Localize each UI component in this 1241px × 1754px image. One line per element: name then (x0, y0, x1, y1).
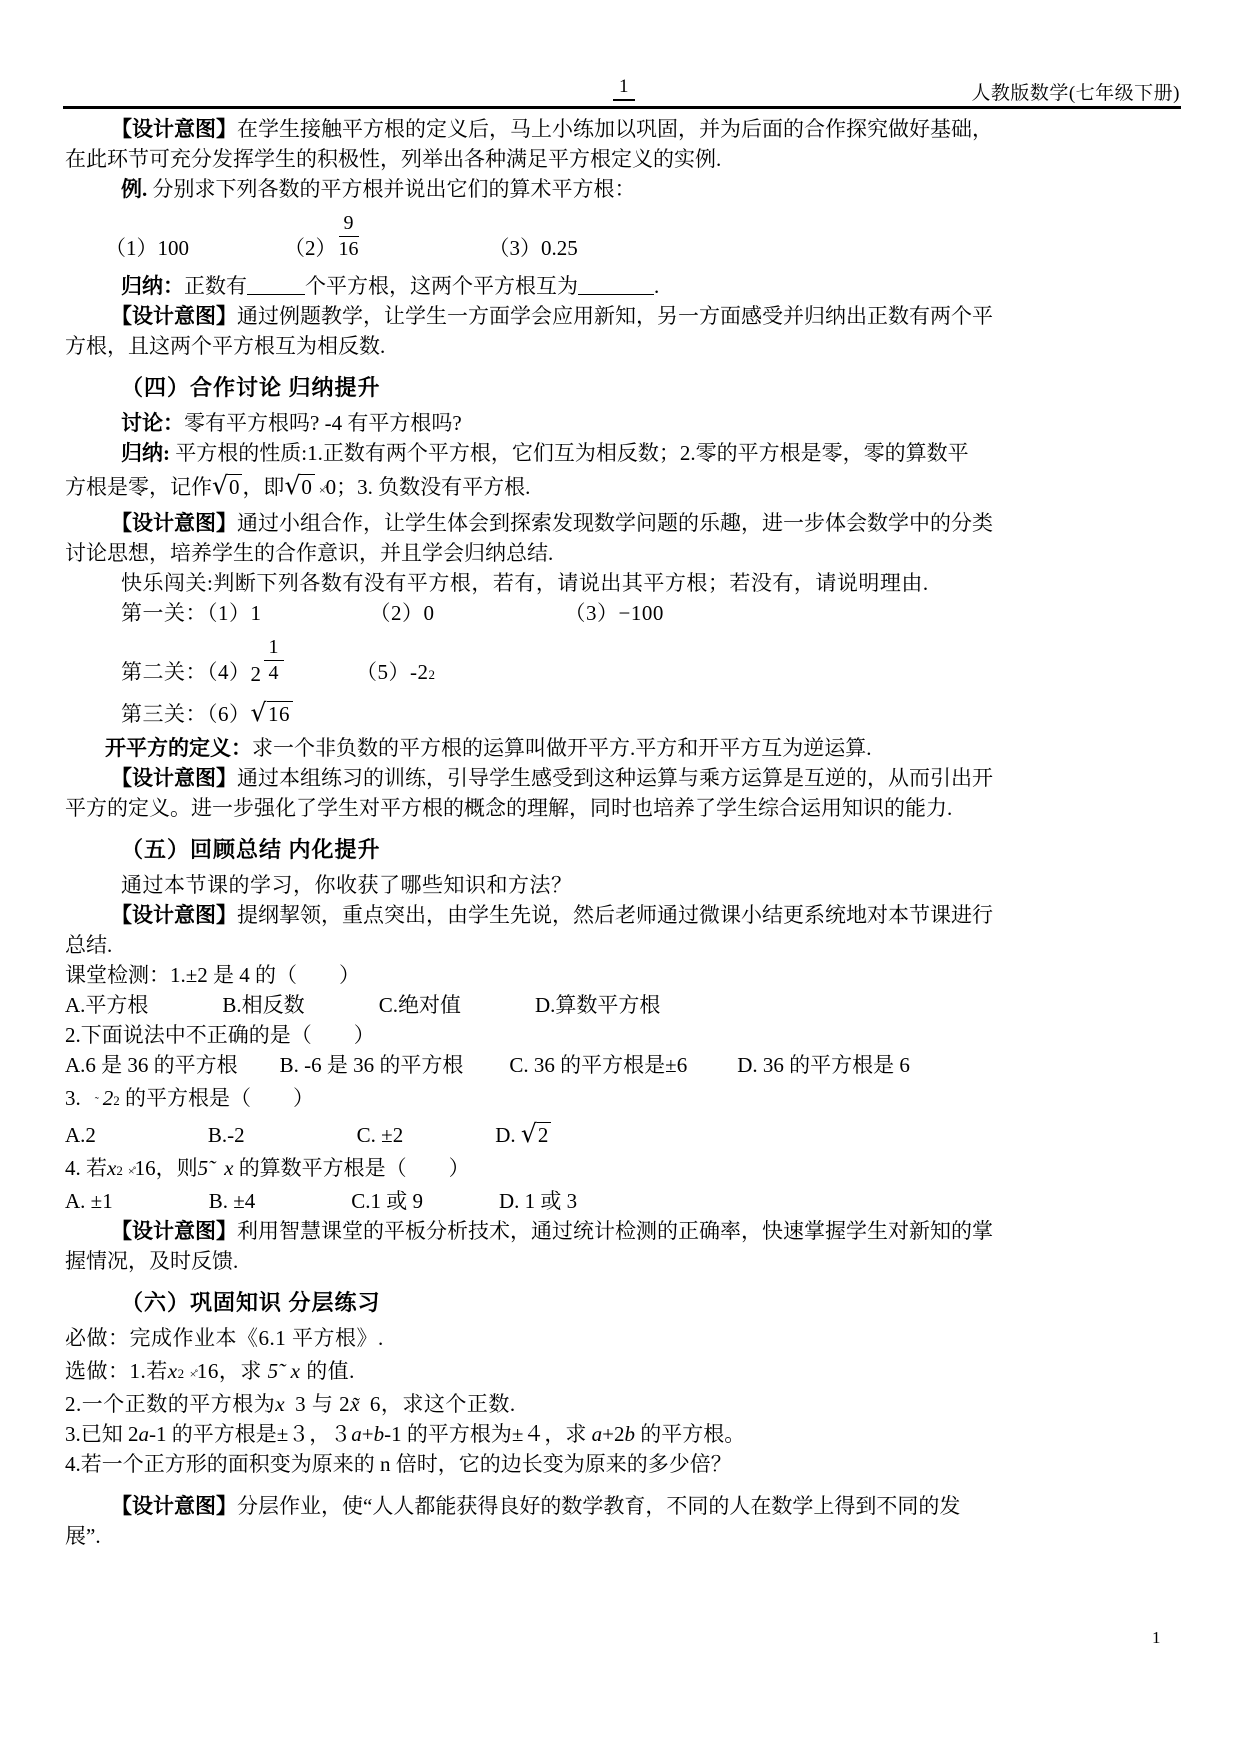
text-run: 通过小组合作，让学生体会到探索发现数学问题的乐趣，进一步体会数学中的分类 (237, 511, 993, 535)
text-run: B.-2 (208, 1123, 245, 1147)
text-run: D. (495, 1123, 521, 1147)
text-run: 讨论： (121, 411, 184, 435)
text-line: 方根是零，记作√0，即√0×̊0；3. 负数没有平方根. (65, 471, 1181, 505)
text-run: x (107, 1156, 116, 1180)
spacing-gap (463, 1071, 509, 1072)
spacing-gap (687, 1071, 737, 1072)
text-run: ×̊ (190, 1367, 197, 1381)
fraction: 916 (337, 212, 361, 261)
text-run: 提纲挈领，重点突出，由学生先说，然后老师通过微课小结更系统地对本节课进行 (237, 903, 993, 927)
text-run: 第三关：（6） (121, 702, 251, 726)
text-line: 平方的定义。进一步强化了学生对平方根的概念的理解，同时也培养了学生综合运用知识的… (65, 793, 1181, 823)
text-run: A.平方根 (65, 993, 148, 1017)
text-run: C.1 或 9 (351, 1189, 423, 1213)
spacing-gap (113, 1207, 209, 1208)
radical-sign: √ (251, 698, 267, 727)
text-run: B. -6 是 36 的平方根 (280, 1053, 464, 1077)
text-line: 【设计意图】利用智慧课堂的平板分析技术，通过统计检测的正确率，快速掌握学生对新知… (65, 1216, 1181, 1246)
radical-sign: √ (212, 471, 228, 500)
text-line: （1）100（2）916（3）0.25 (65, 212, 1181, 263)
radicand: 2 (537, 1122, 552, 1147)
radicand: 16 (267, 701, 293, 726)
text-run: 3.已知 2 (65, 1422, 139, 1446)
text-run: 4. 若 (65, 1156, 107, 1180)
text-run: 平方的定义。进一步强化了学生对平方根的概念的理解，同时也培养了学生综合运用知识的… (65, 796, 952, 820)
text-run: 开平方的定义： (105, 736, 252, 760)
text-run: 个平方根，这两个平方根互为 (305, 274, 578, 298)
text-line: 【设计意图】通过小组合作，让学生体会到探索发现数学问题的乐趣，进一步体会数学中的… (65, 508, 1181, 538)
text-run: 【设计意图】 (111, 304, 237, 328)
text-run: b (374, 1422, 385, 1446)
text-run: 【设计意图】 (111, 766, 237, 790)
text-run: 分别求下列各数的平方根并说出它们的算术平方根： (147, 177, 635, 201)
header-page-number: 1 (613, 76, 635, 101)
text-run: 在学生接触平方根的定义后，马上小练加以巩固，并为后面的合作探究做好基础， (237, 117, 993, 141)
text-line: 4. 若x2×̊16，则5̃x 的算数平方根是（ ） (65, 1153, 1181, 1186)
text-run: A.6 是 36 的平方根 (65, 1053, 238, 1077)
text-run: -1 的平方根为±４，求 (384, 1422, 592, 1446)
fraction-numerator: 1 (264, 636, 285, 661)
text-run: A.2 (65, 1123, 96, 1147)
header-divider-line (63, 106, 1181, 109)
footer-page-number: 1 (1152, 1628, 1161, 1648)
text-run: 2 (116, 1163, 123, 1178)
text-run: 的平方根。 (635, 1422, 745, 1446)
spacing-gap (361, 254, 489, 255)
text-run: C.绝对值 (379, 993, 461, 1017)
text-line: 握情况，及时反馈. (65, 1246, 1181, 1276)
text-line: 快乐闯关:判断下列各数有没有平方根，若有，请说出其平方根；若没有，请说明理由. (65, 568, 1181, 598)
text-run: 握情况，及时反馈. (65, 1249, 238, 1273)
text-run: 例. (121, 177, 147, 201)
text-line: A.2B.-2C. ±2D. √2 (65, 1119, 1181, 1150)
text-run: 利用智慧课堂的平板分析技术，通过统计检测的正确率，快速掌握学生对新知的掌 (237, 1219, 993, 1243)
text-line: 【设计意图】通过例题教学，让学生一方面学会应用新知，另一方面感受并归纳出正数有两… (65, 301, 1181, 331)
spacing-gap (285, 1410, 295, 1411)
text-run: C. 36 的平方根是±6 (509, 1053, 687, 1077)
text-run: 方根，且这两个平方根互为相反数. (65, 334, 385, 358)
text-line: 必做：完成作业本《6.1 平方根》. (65, 1323, 1181, 1353)
text-run: a (592, 1422, 603, 1446)
text-line: 总结. (65, 930, 1181, 960)
text-run: . (654, 274, 659, 298)
text-run: a (351, 1422, 362, 1446)
text-run: 第一关：（1）1 (121, 601, 262, 625)
fraction-denominator: 4 (264, 661, 285, 685)
text-line: 归纳: 平方根的性质:1.正数有两个平方根，它们互为相反数；2.零的平方根是零，… (65, 438, 1181, 468)
text-run: 3 与 2 (295, 1392, 350, 1416)
fill-in-blank (578, 274, 654, 295)
text-line: 【设计意图】在学生接触平方根的定义后，马上小练加以巩固，并为后面的合作探究做好基… (65, 114, 1181, 144)
text-run: 0；3. 负数没有平方根. (326, 475, 531, 499)
radical-sign: √ (521, 1119, 537, 1148)
text-line: 3.已知 2a-1 的平方根是±３，３a+b-1 的平方根为±４，求 a+2b … (65, 1419, 1181, 1449)
text-run: 正数有 (184, 274, 247, 298)
text-run: 5̃ (198, 1156, 209, 1180)
spacing-gap (262, 619, 370, 620)
text-line: 4.若一个正方形的面积变为原来的 n 倍时，它的边长变为原来的多少倍？ (65, 1449, 1181, 1479)
text-run: x (275, 1392, 285, 1416)
text-run: 通过本组练习的训练，引导学生感受到这种运算与乘方运算是互逆的，从而引出开 (237, 766, 993, 790)
text-run: （5）-2 (356, 660, 429, 684)
text-run: 6，求这个正数. (370, 1392, 516, 1416)
text-run: 第二关：（4） (121, 660, 251, 684)
text-run: B. ±4 (209, 1189, 256, 1213)
text-line: 展”. (65, 1521, 1181, 1551)
text-line: 方根，且这两个平方根互为相反数. (65, 331, 1181, 361)
text-run: 总结. (65, 933, 112, 957)
text-run: 必做：完成作业本《6.1 平方根》. (65, 1326, 384, 1350)
square-root: √0 (284, 471, 314, 502)
spacing-gap (189, 254, 284, 255)
text-line: A. ±1B. ±4C.1 或 9D. 1 或 3 (65, 1186, 1181, 1216)
text-run: 通过例题教学，让学生一方面学会应用新知，另一方面感受并归纳出正数有两个平 (237, 304, 993, 328)
text-run: 2 (178, 1366, 185, 1381)
text-run: 在此环节可充分发挥学生的积极性，列举出各种满足平方根定义的实例. (65, 147, 721, 171)
mixed-whole: 2 (251, 659, 262, 689)
text-run: 选做：1.若 (65, 1359, 168, 1383)
spacing-gap (360, 1410, 370, 1411)
text-line: 【设计意图】分层作业，使“人人都能获得良好的数学教育，不同的人在数学上得到不同的… (65, 1491, 1181, 1521)
header-edition-label: 人教版数学(七年级下册) (971, 78, 1180, 105)
text-run: 16，求 (197, 1359, 268, 1383)
text-run: 归纳： (121, 274, 184, 298)
radicand: 0 (300, 474, 315, 499)
text-line: 归纳：正数有个平方根，这两个平方根互为. (65, 271, 1181, 301)
text-line: 【设计意图】通过本组练习的训练，引导学生感受到这种运算与乘方运算是互逆的，从而引… (65, 763, 1181, 793)
spacing-gap (208, 1174, 224, 1175)
text-run: 3. (65, 1086, 81, 1110)
spacing-gap (245, 1141, 357, 1142)
text-run: -1 的平方根是±３，３ (149, 1422, 351, 1446)
text-line: 通过本节课的学习，你收获了哪些知识和方法？ (65, 870, 1181, 900)
text-run: x̃ (350, 1392, 360, 1416)
text-run: C. ±2 (357, 1123, 404, 1147)
spacing-gap (279, 1377, 291, 1378)
text-run: 平方根的性质:1.正数有两个平方根，它们互为相反数；2.零的平方根是零，零的算数… (170, 441, 969, 465)
fraction-numerator: 9 (339, 212, 359, 237)
text-line: 第三关：（6）√16 (65, 698, 1181, 729)
text-run: +2 (602, 1422, 624, 1446)
section-heading: （六）巩固知识 分层练习 (65, 1288, 1181, 1318)
spacing-gap (461, 1011, 535, 1012)
text-line: 第二关：（4）214（5）-22 (65, 636, 1181, 690)
text-run: 2 (429, 667, 436, 682)
text-run: 【设计意图】 (111, 903, 237, 927)
text-run: ×̊ (319, 483, 326, 497)
text-run: 【设计意图】 (111, 1219, 237, 1243)
text-run: 2.下面说法中不正确的是（ ） (65, 1023, 375, 1047)
text-run: （1）100 (105, 236, 189, 260)
document-page: 1 人教版数学(七年级下册) 【设计意图】在学生接触平方根的定义后，马上小练加以… (0, 0, 1241, 1754)
text-run: 归纳: (121, 441, 170, 465)
text-run: 5̃ (268, 1359, 279, 1383)
text-run: 16，则 (135, 1156, 198, 1180)
fraction: 14 (262, 636, 287, 685)
text-line: 例. 分别求下列各数的平方根并说出它们的算术平方根： (65, 174, 1181, 204)
text-run: （五）回顾总结 内化提升 (121, 837, 381, 862)
fill-in-blank (247, 274, 305, 295)
text-run: D.算数平方根 (535, 993, 660, 1017)
spacing-gap (81, 1104, 95, 1105)
page-header: 1 人教版数学(七年级下册) (65, 76, 1180, 106)
square-root: √2 (521, 1119, 551, 1150)
text-run: （2） (284, 236, 337, 260)
spacing-gap (305, 1011, 379, 1012)
text-line: A.平方根B.相反数C.绝对值D.算数平方根 (65, 990, 1181, 1020)
text-run: + (362, 1422, 374, 1446)
text-line: 2.一个正数的平方根为x3 与 2x̃6，求这个正数. (65, 1389, 1181, 1419)
text-run: （3）0.25 (489, 236, 578, 260)
text-line: A.6 是 36 的平方根B. -6 是 36 的平方根C. 36 的平方根是±… (65, 1050, 1181, 1080)
text-run: 2 (103, 1086, 114, 1110)
text-line: 讨论：零有平方根吗? -4 有平方根吗? (65, 408, 1181, 438)
text-line: 3.˜22 的平方根是（ ） (65, 1083, 1181, 1116)
text-line: 第一关：（1）1（2）0（3）−100 (65, 598, 1181, 628)
text-run: 分层作业，使“人人都能获得良好的数学教育，不同的人在数学上得到不同的发 (237, 1494, 960, 1518)
square-root: √0 (212, 471, 242, 502)
spacing-gap (423, 1207, 499, 1208)
text-run: 讨论思想，培养学生的合作意识，并且学会归纳总结. (65, 541, 553, 565)
text-run: x (291, 1359, 301, 1383)
text-line: 课堂检测：1.±2 是 4 的（ ） (65, 960, 1181, 990)
text-run: 快乐闯关:判断下列各数有没有平方根，若有，请说出其平方根；若没有，请说明理由. (121, 571, 929, 595)
text-run: b (625, 1422, 636, 1446)
text-run: 方根是零，记作 (65, 475, 212, 499)
mixed-number: 214 (251, 636, 287, 689)
text-run: （3）−100 (565, 601, 664, 625)
text-run: a (139, 1422, 150, 1446)
text-run: 通过本节课的学习，你收获了哪些知识和方法？ (121, 873, 573, 897)
text-run: 2.一个正数的平方根为 (65, 1392, 275, 1416)
text-line: 2.下面说法中不正确的是（ ） (65, 1020, 1181, 1050)
text-line: 【设计意图】提纲挈领，重点突出，由学生先说，然后老师通过微课小结更系统地对本节课… (65, 900, 1181, 930)
text-line: 在此环节可充分发挥学生的积极性，列举出各种满足平方根定义的实例. (65, 144, 1181, 174)
text-line: 选做：1.若x2×̊16，求 5̃x 的值. (65, 1356, 1181, 1389)
text-run: D. 36 的平方根是 6 (737, 1053, 910, 1077)
text-run: （四）合作讨论 归纳提升 (121, 375, 381, 400)
text-run: 的值. (300, 1359, 355, 1383)
document-body: 【设计意图】在学生接触平方根的定义后，马上小练加以巩固，并为后面的合作探究做好基… (65, 114, 1181, 1551)
text-run: B.相反数 (222, 993, 304, 1017)
text-run: ×̊ (128, 1164, 135, 1178)
square-root: √16 (251, 698, 293, 729)
text-run: 求一个非负数的平方根的运算叫做开平方.平方和开平方互为逆运算. (252, 736, 872, 760)
text-run: （2）0 (370, 601, 435, 625)
section-heading: （四）合作讨论 归纳提升 (65, 373, 1181, 403)
radicand: 0 (228, 474, 243, 499)
text-run: 的算数平方根是（ ） (233, 1156, 469, 1180)
text-line: 开平方的定义：求一个非负数的平方根的运算叫做开平方.平方和开平方互为逆运算. (65, 733, 1181, 763)
spacing-gap (403, 1141, 495, 1142)
spacing-gap (286, 678, 356, 679)
text-run: ，即 (242, 475, 284, 499)
text-run: （六）巩固知识 分层练习 (121, 1290, 381, 1315)
section-heading: （五）回顾总结 内化提升 (65, 835, 1181, 865)
spacing-gap (96, 1141, 208, 1142)
text-run: 【设计意图】 (111, 511, 237, 535)
text-run: 【设计意图】 (111, 1494, 237, 1518)
text-line: 讨论思想，培养学生的合作意识，并且学会归纳总结. (65, 538, 1181, 568)
text-run: D. 1 或 3 (499, 1189, 577, 1213)
text-run: ˜ (95, 1094, 99, 1108)
text-run: 4.若一个正方形的面积变为原来的 n 倍时，它的边长变为原来的多少倍？ (65, 1452, 732, 1476)
spacing-gap (148, 1011, 222, 1012)
text-run: 【设计意图】 (111, 117, 237, 141)
radical-sign: √ (284, 471, 300, 500)
text-run: 零有平方根吗? -4 有平方根吗? (184, 411, 462, 435)
spacing-gap (435, 619, 565, 620)
fraction-denominator: 16 (339, 237, 359, 261)
text-run: 的平方根是（ ） (120, 1086, 314, 1110)
spacing-gap (238, 1071, 280, 1072)
text-run: x (168, 1359, 178, 1383)
spacing-gap (255, 1207, 351, 1208)
text-run: 课堂检测：1.±2 是 4 的（ ） (65, 963, 360, 987)
text-run: A. ±1 (65, 1189, 113, 1213)
text-run: 展”. (65, 1524, 101, 1548)
